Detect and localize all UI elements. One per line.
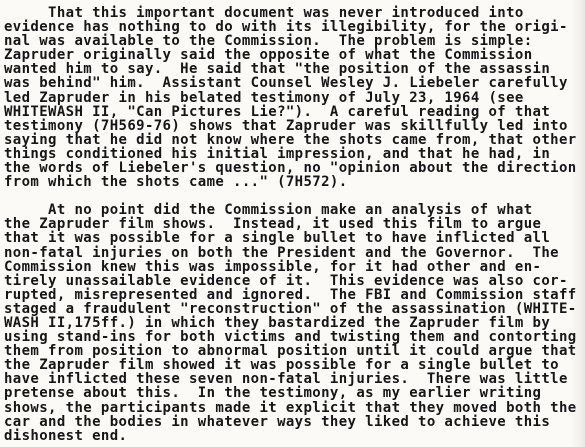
paragraph: At no point did the Commission make an a… xyxy=(4,203,585,443)
paragraph: That this important document was never i… xyxy=(4,6,585,189)
document-page: That this important document was never i… xyxy=(0,0,585,447)
